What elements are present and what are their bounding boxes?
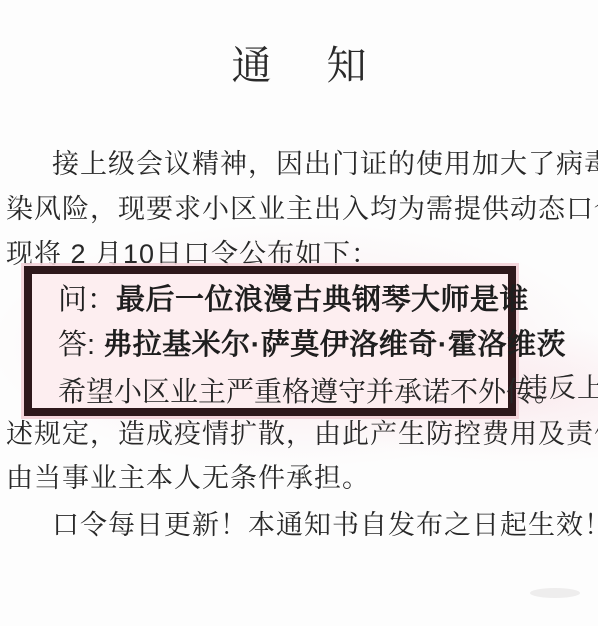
- box-warning-line: 希望小区业主严重格遵守并承诺不外传。: [58, 375, 562, 408]
- question-label: 问：: [58, 284, 116, 316]
- answer-label: 答:: [58, 329, 103, 361]
- password-answer-line: 答: 弗拉基米尔·萨莫伊洛维奇·霍洛维茨: [58, 329, 566, 362]
- password-box: 问：最后一位浪漫古典钢琴大师是谁 答: 弗拉基米尔·萨莫伊洛维奇·霍洛维茨 希望…: [24, 266, 516, 416]
- warning-line-2: 述规定，造成疫情扩散，由此产生防控费用及责任的: [6, 418, 598, 450]
- intro-line-2: 染风险，现要求小区业主出入均为需提供动态口令。: [6, 193, 598, 225]
- answer-text: 弗拉基米尔·萨莫伊洛维奇·霍洛维茨: [103, 329, 566, 361]
- warning-line-3: 由当事业主本人无条件承担。: [6, 462, 370, 494]
- photo-smudge: [530, 588, 580, 598]
- warning-overflow-fragment: 违反上: [521, 372, 598, 404]
- notice-title: 通 知: [0, 34, 598, 91]
- notice-page: 通 知 接上级会议精神，因出门证的使用加大了病毒传 染风险，现要求小区业主出入均…: [0, 0, 598, 626]
- footer-line: 口令每日更新！本通知书自发布之日起生效！: [52, 509, 598, 541]
- password-question-line: 问：最后一位浪漫古典钢琴大师是谁: [58, 284, 529, 317]
- question-text: 最后一位浪漫古典钢琴大师是谁: [116, 284, 529, 316]
- intro-line-1: 接上级会议精神，因出门证的使用加大了病毒传: [52, 148, 598, 180]
